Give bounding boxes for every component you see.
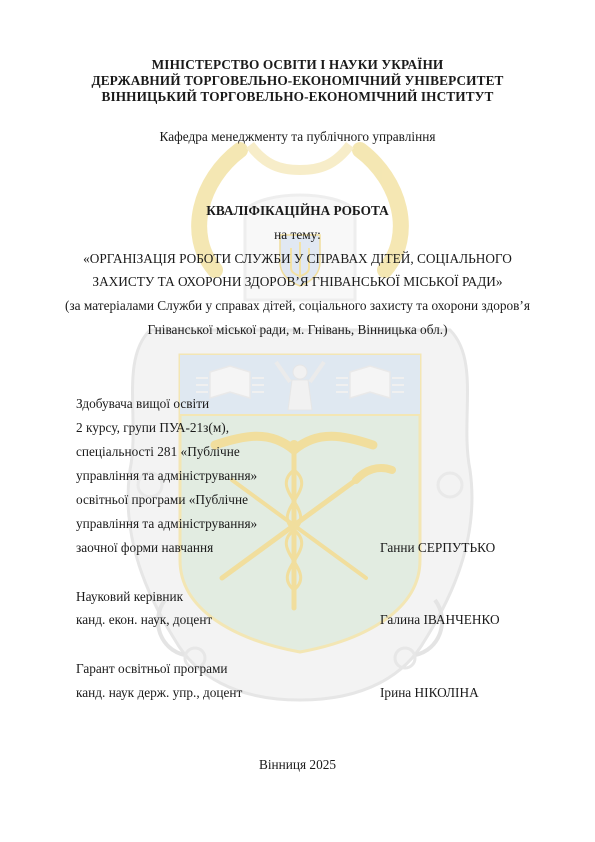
source-note-line-2: Гніванської міської ради, м. Гнівань, Ві… xyxy=(0,322,595,338)
supervisor-role: Науковий керівник xyxy=(76,589,183,605)
source-note-line-1: (за матеріалами Служби у справах дітей, … xyxy=(0,298,595,314)
university-heading: ДЕРЖАВНИЙ ТОРГОВЕЛЬНО-ЕКОНОМІЧНИЙ УНІВЕР… xyxy=(0,73,595,89)
title-page: МІНІСТЕРСТВО ОСВІТИ І НАУКИ УКРАЇНИ ДЕРЖ… xyxy=(0,0,595,842)
student-info-line: управління та адміністрування» xyxy=(76,516,257,532)
on-topic-label: на тему: xyxy=(0,227,595,243)
supervisor-name: Галина ІВАНЧЕНКО xyxy=(380,612,500,628)
ministry-heading: МІНІСТЕРСТВО ОСВІТИ І НАУКИ УКРАЇНИ xyxy=(0,57,595,73)
topic-line-2: ЗАХИСТУ ТА ОХОРОНИ ЗДОРОВ’Я ГНІВАНСЬКОЇ … xyxy=(0,274,595,290)
student-info-line: заочної форми навчання xyxy=(76,540,213,556)
guarantor-name: Ірина НІКОЛІНА xyxy=(380,685,479,701)
work-type-title: КВАЛІФІКАЦІЙНА РОБОТА xyxy=(0,203,595,219)
student-info-line: управління та адміністрування» xyxy=(76,468,257,484)
student-info-line: освітньої програми «Публічне xyxy=(76,492,248,508)
student-info-line: 2 курсу, групи ПУА-21з(м), xyxy=(76,420,229,436)
document-body: МІНІСТЕРСТВО ОСВІТИ І НАУКИ УКРАЇНИ ДЕРЖ… xyxy=(0,0,595,842)
topic-line-1: «ОРГАНІЗАЦІЯ РОБОТИ СЛУЖБИ У СПРАВАХ ДІТ… xyxy=(0,251,595,267)
supervisor-degree: канд. екон. наук, доцент xyxy=(76,612,212,628)
student-info-line: спеціальності 281 «Публічне xyxy=(76,444,240,460)
city-year: Вінниця 2025 xyxy=(0,757,595,773)
student-info-line: Здобувача вищої освіти xyxy=(76,396,209,412)
guarantor-degree: канд. наук держ. упр., доцент xyxy=(76,685,242,701)
student-name: Ганни СЕРПУТЬКО xyxy=(380,540,495,556)
department-name: Кафедра менеджменту та публічного управл… xyxy=(0,129,595,145)
institute-heading: ВІННИЦЬКИЙ ТОРГОВЕЛЬНО-ЕКОНОМІЧНИЙ ІНСТИ… xyxy=(0,89,595,105)
guarantor-role: Гарант освітньої програми xyxy=(76,661,228,677)
